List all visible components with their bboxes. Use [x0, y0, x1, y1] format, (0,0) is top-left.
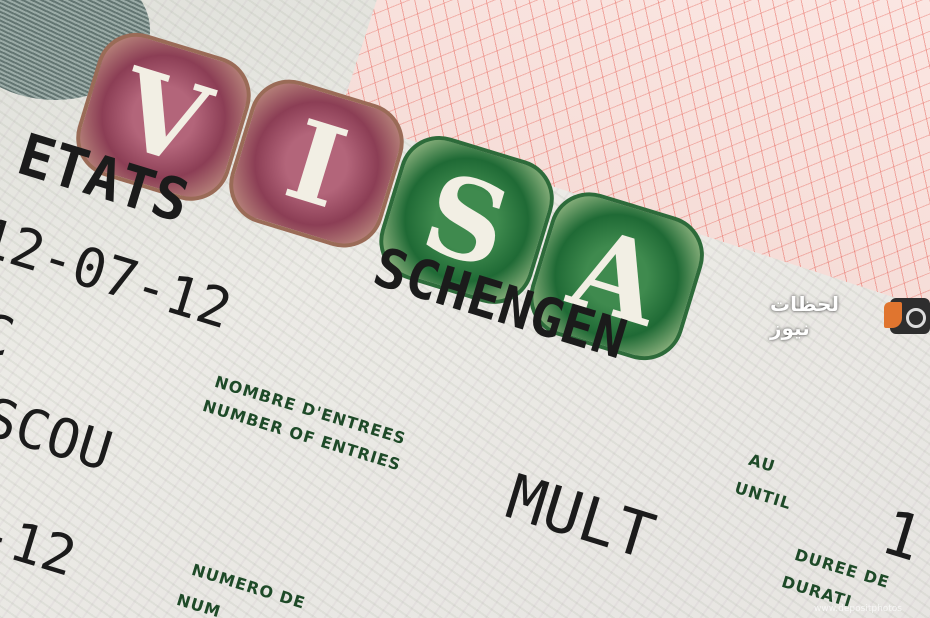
- label-number-en: NUM: [174, 590, 223, 618]
- number-field: -12: [0, 500, 83, 589]
- until-value: 1: [874, 495, 930, 576]
- label-until-en: UNTIL: [732, 478, 793, 513]
- photo-credit: www.depositphotos: [814, 604, 902, 614]
- site-watermark: لحظات نيوز: [770, 292, 930, 340]
- camera-logo-icon: [890, 298, 930, 334]
- entries-value: MULT: [499, 460, 663, 573]
- watermark-text: لحظات نيوز: [770, 292, 884, 340]
- letter-field: C: [0, 300, 21, 370]
- place-field: SCOU: [0, 385, 119, 483]
- visa-photo: V I S A ETATS SCHENGEN 12-07-12 C SCOU -…: [0, 0, 930, 618]
